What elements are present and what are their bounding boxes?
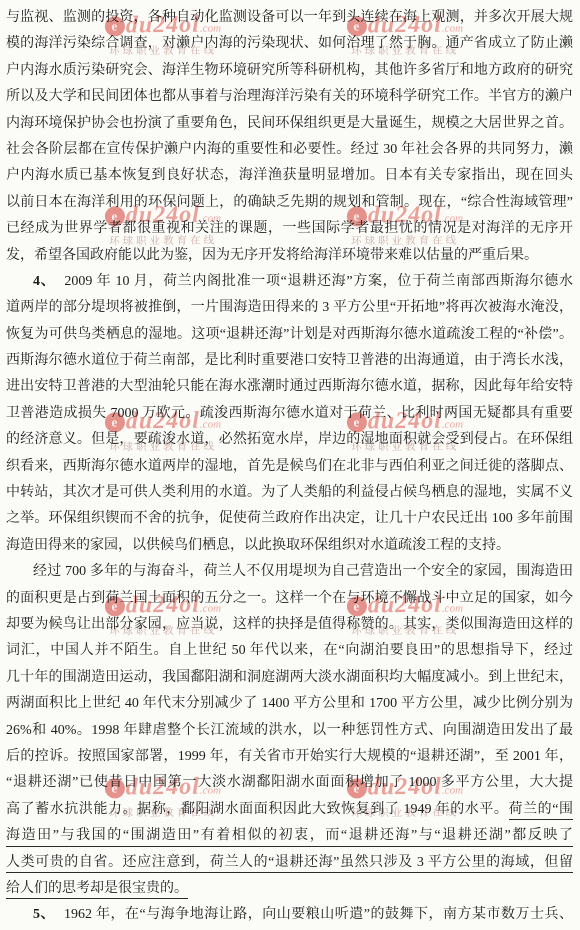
text-line: 给人们的思考却是很宝贵的。 [6, 876, 573, 902]
paragraph-number: 5、 [33, 907, 55, 922]
text-line: 织看来，西斯海尔德水道两岸的湿地，首先是候鸟们在北非与西伯利亚之间迁徙的落脚点、 [6, 454, 573, 480]
text-line: 的面积更是占到荷兰国土面积的五分之一。这样一个在与环境不懈战斗中立足的国家，如今 [6, 586, 573, 612]
text-line: 道两岸的部分堤坝将被推倒，一片围海造田得来的 3 平方公里“开拓地”将再次被海水… [6, 295, 573, 321]
text-line: 已经成为世界学者都很重视和关注的课题，一些国际学者最担忧的情况是对海洋的无序开 [6, 216, 573, 242]
text-line: 恢复为可供鸟类栖息的湿地。这项“退耕还海”计划是对西斯海尔德水道疏浚工程的“补偿… [6, 322, 573, 348]
text-line: 词汇，中国人并不陌生。自上世纪 50 年代以来，在“向湖泊要良田”的思想指导下，… [6, 638, 573, 664]
text-line: 与监视、监测的投资，各种自动化监测设备可以一年到头连续在海上观测，并多次开展大规 [6, 5, 573, 31]
text-line: 卫普港造成损失 7000 万欧元。疏浚西斯海尔德水道对于荷兰、比利时两国无疑都具… [6, 401, 573, 427]
text-line: 模的海洋污染综合调查，对濑户内海的污染现状、如何治理了然于胸。通产省成立了防止濑 [6, 31, 573, 57]
text-line: 以前日本在海洋利用的环保问题上，的确缺乏先期的规划和管制。现在，“综合性海域管理… [6, 190, 573, 216]
text-line: 海造田”与我国的“围湖造田”有着相似的初衷，而“退耕还海”与“退耕还湖”都反映了 [6, 823, 573, 849]
text-line: 发，希望各国政府能以此为鉴，因为无序开发将给海洋环境带来难以估量的严重后果。 [6, 243, 573, 269]
text-line: 两湖面积比上世纪 40 年代末分别减少了 1400 平方公里和 1700 平方公… [6, 691, 573, 717]
text-line: “退耕还湖”已使昔日中国第一大淡水湖鄱阳湖水面面积增加了 1000 多平方公里，… [6, 770, 573, 796]
text-line: 中转站，其次才是可供人类利用的水道。为了人类船的利益侵占候鸟栖息的湿地，实属不义 [6, 480, 573, 506]
text-line: 26%和 40%。1998 年肆虐整个长江流域的洪水，以一种惩罚性方式、向围湖造… [6, 718, 573, 744]
underlined-text: 荷兰的“围 [509, 802, 574, 821]
text-line: 所以及大学和民间团体也都从事着与治理海洋污染有关的环境科学研究工作。半官方的濑户 [6, 84, 573, 110]
text-line: 4、2009 年 10 月，荷兰内阁批准一项“退耕还海”方案，位于荷兰南部西斯海… [6, 269, 573, 295]
text-line: 户内海水质已基本恢复到良好状态，海洋渔获量明显增加。日本有关专家指出，现在回头看… [6, 163, 573, 189]
text-line: 的经济意义。但是，要疏浚水道，必然拓宽水岸，岸边的湿地面积就会受到侵占。在环保组 [6, 427, 573, 453]
text-line: 西斯海尔德水道位于荷兰南部，是比利时重要港口安特卫普港的出海通道，由于湾长水浅， [6, 348, 573, 374]
text-line: 之举。环保组织锲而不舍的抗争，促使荷兰政府作出决定，让几十户农民迁出 100 多… [6, 506, 573, 532]
text-line: 后的控诉。按照国家部署，1999 年，有关省市开始实行大规模的“退耕还湖”，至 … [6, 744, 573, 770]
text-line: 5、1962 年，在“与海争地海让路，向山要粮山听遣”的鼓舞下，南方某市数万士兵… [6, 902, 573, 928]
passage-text: 与监视、监测的投资，各种自动化监测设备可以一年到头连续在海上观测，并多次开展大规… [0, 0, 580, 929]
text-line: 却要为候鸟让出部分家园，应当说，这样的抉择是值得称赞的。其实，类似围海造田这样的 [6, 612, 573, 638]
paragraph-number: 4、 [33, 274, 55, 289]
text-line: 高了蓄水抗洪能力。据称，鄱阳湖水面面积因此大致恢复到了 1949 年的水平。荷兰… [6, 797, 573, 823]
text-line: 内海环境保护协会也扮演了重要角色，民间环保组织更是大量诞生，规模之大居世界之首。 [6, 111, 573, 137]
document-page: edu24ol.com环球职业教育在线edu24ol.com环球职业教育在线ed… [0, 0, 580, 930]
text-line: 海造田得来的家园，以供候鸟们栖息，以此换取环保组织对水道疏浚工程的支持。 [6, 533, 573, 559]
text-line: 社会各阶层都在宣传保护濑户内海的重要性和必要性。经过 30 年社会各界的共同努力… [6, 137, 573, 163]
text-line: 进出安特卫普港的大型油轮只能在海水涨潮时通过西斯海尔德水道，据称，因此每年给安特 [6, 374, 573, 400]
text-line: 几十年的围湖造田运动，我国鄱阳湖和洞庭湖两大淡水湖面积均大幅度减小。到上世纪末， [6, 665, 573, 691]
text-line: 经过 700 多年的与海奋斗，荷兰人不仅用堤坝为自己营造出一个安全的家园，围海造… [6, 559, 573, 585]
text-line: 人类可贵的自省。还应注意到，荷兰人的“退耕还海”虽然只涉及 3 平方公里的海域，… [6, 850, 573, 876]
text-line: 户内海水质污染研究会、海洋生物环境研究所等科研机构，其他许多省厅和地方政府的研究 [6, 58, 573, 84]
